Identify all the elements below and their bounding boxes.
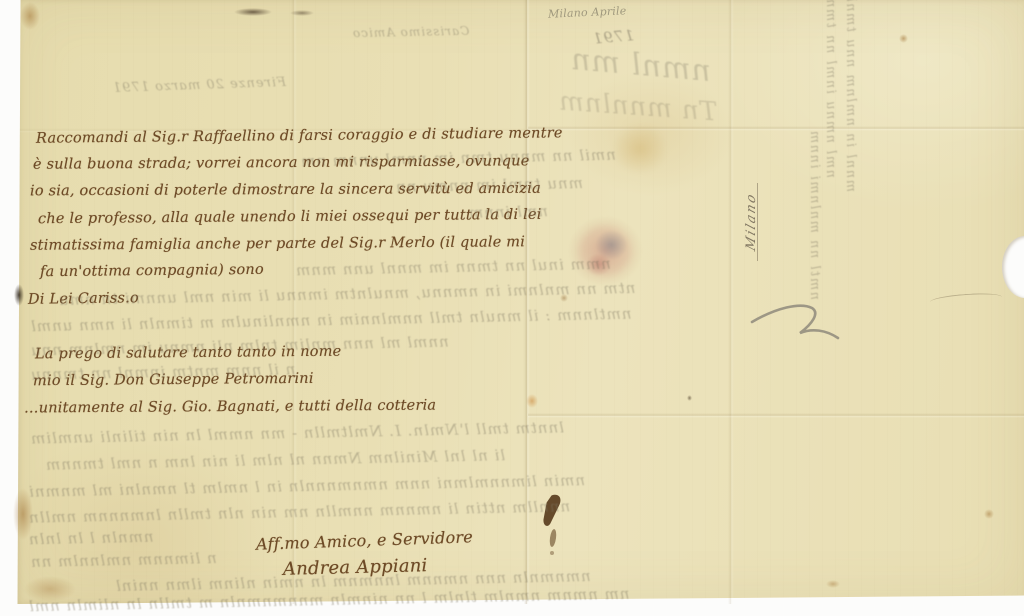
pencil-number-2: 2 [748, 296, 844, 352]
letter-postscript-line: …unitamente al Sig. Gio. Bagnati, e tutt… [24, 398, 436, 417]
bleedthrough-address-line: nmtl nn mnlnmi innm [807, 129, 822, 300]
letter-scan: Carissimo Amico Firenze 20 marzo 1791 Ra… [0, 0, 1024, 616]
letter-body-line: fa un'ottima compagnia) sono [40, 262, 264, 280]
wax-seal-residue [565, 213, 645, 289]
rotated-city-note: Milano [744, 190, 759, 252]
bleedthrough-heading: Carissimo Amico [352, 24, 470, 40]
bleedthrough-line: nml innm [468, 202, 548, 222]
bleedthrough-line: nmnln l ln lnln [28, 528, 154, 549]
bleedthrough-address-line: mnnl in nmlnm nnu tmnl [843, 0, 858, 192]
bleedthrough-address-line: nml nmnu inml nn tmnnu nmli [823, 0, 838, 178]
